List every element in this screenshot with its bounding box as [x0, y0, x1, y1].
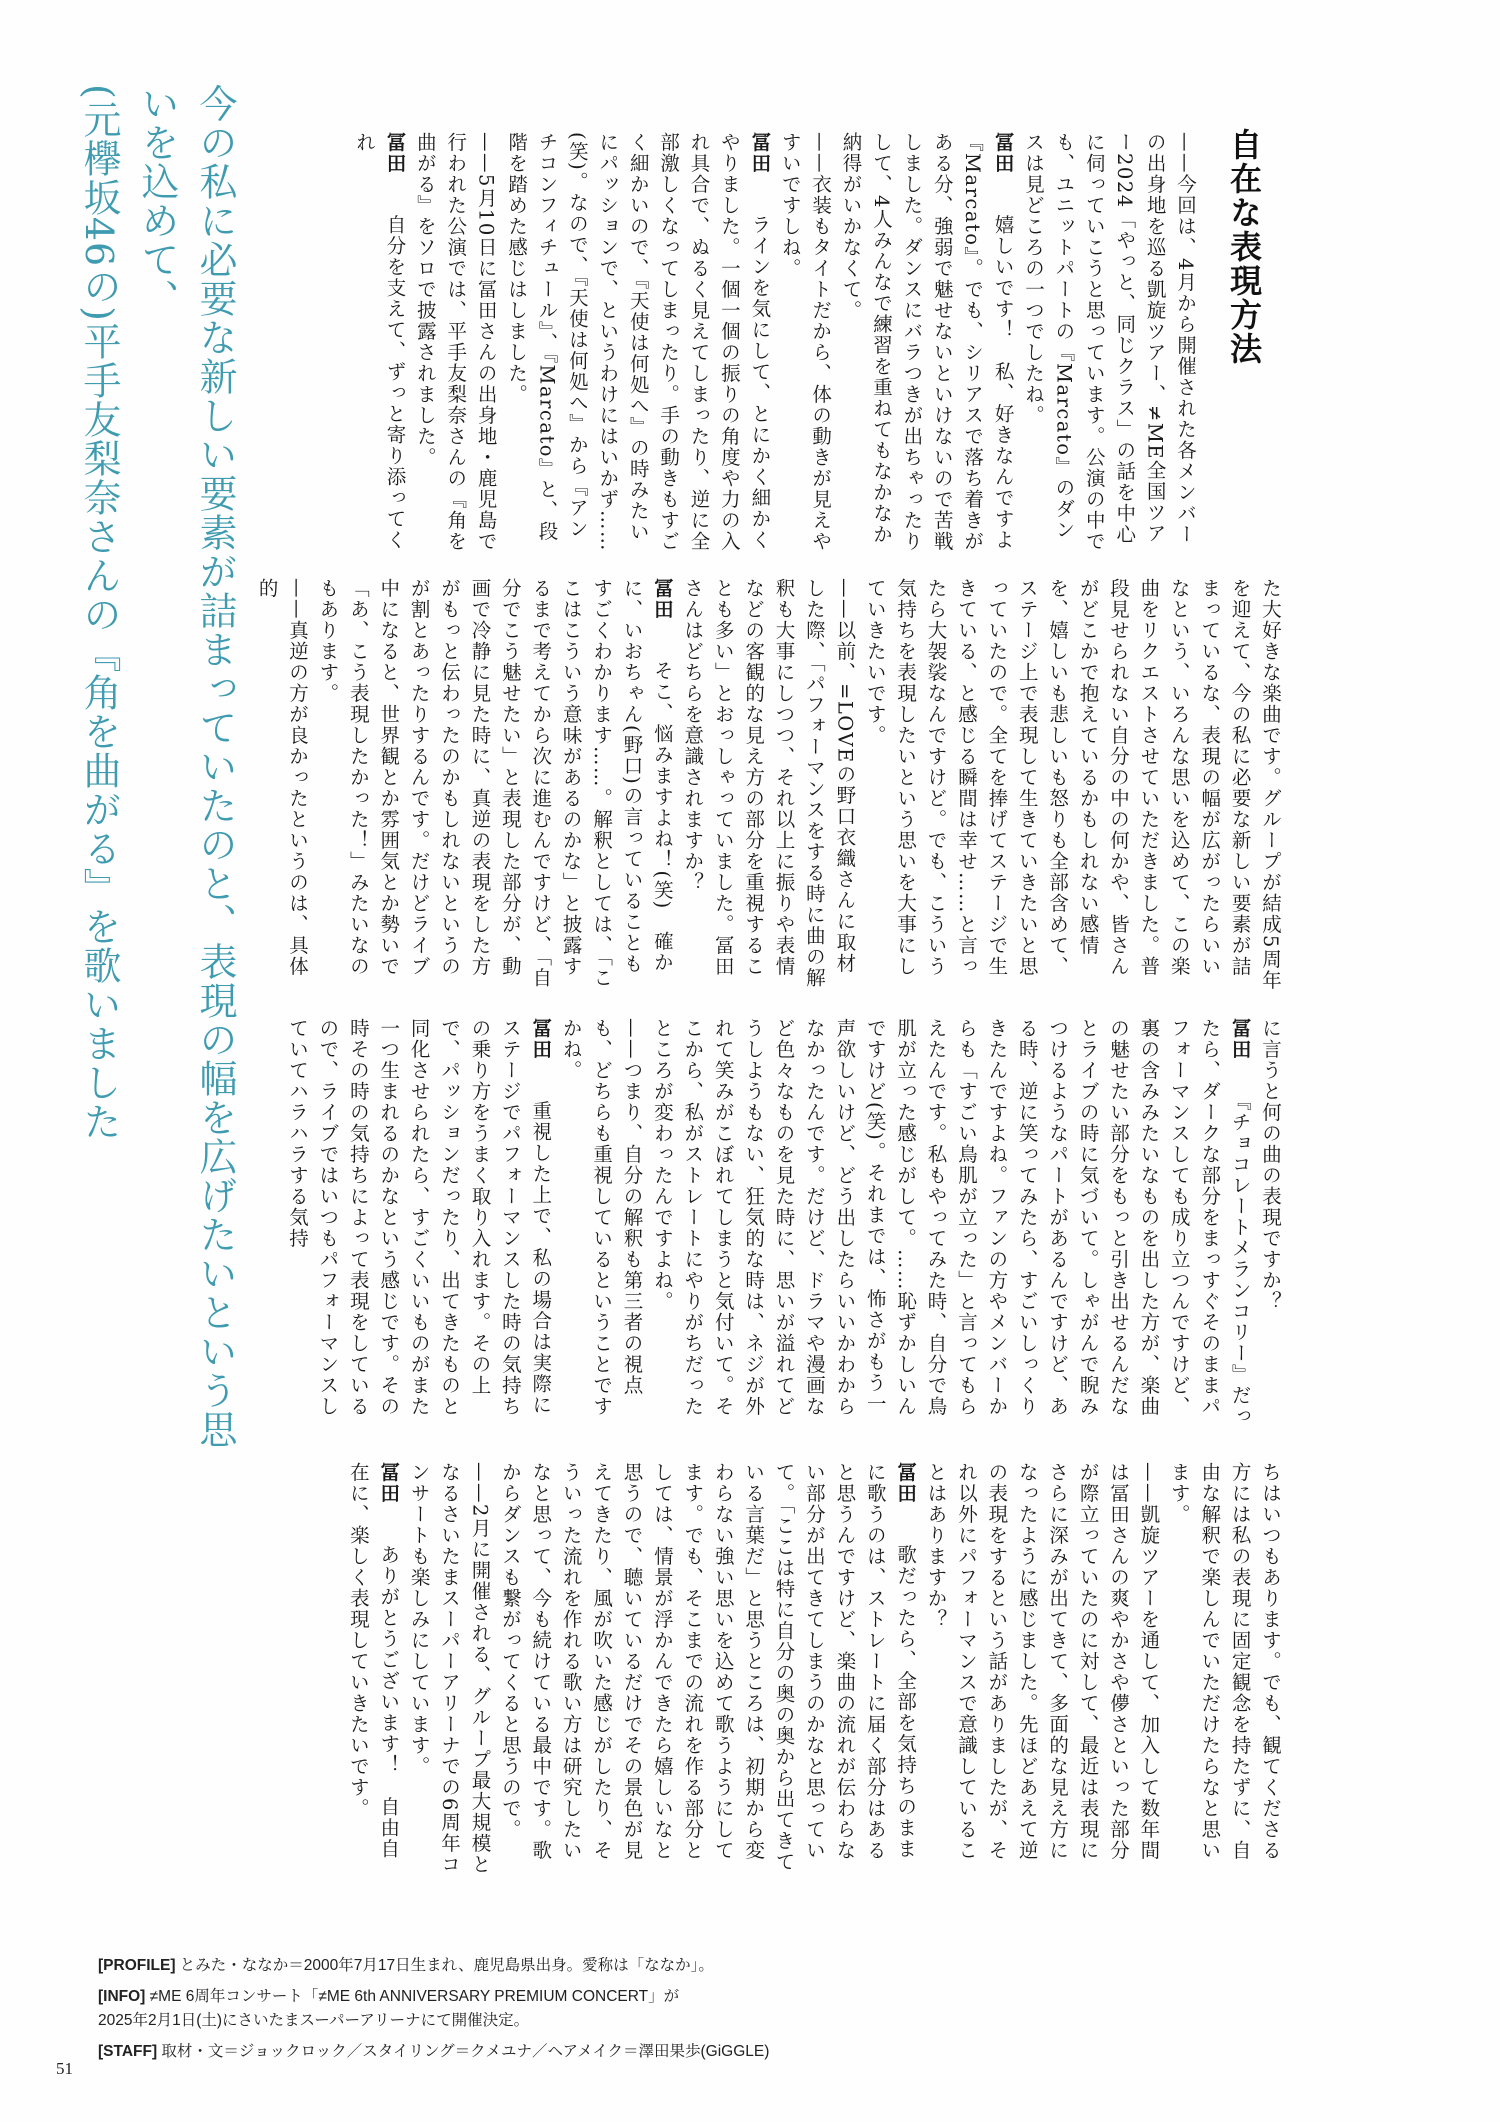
continuation: に言うと何の曲の表現ですか？: [1255, 1018, 1285, 1433]
info-text-2: 2025年2月1日(土)にさいたまスーパーアリーナにて開催決定。: [98, 2012, 529, 2029]
answer-text: 重視した上で、私の場合は実際にステージでパフォーマンスした時の気持ちの乗り方をう…: [286, 1018, 552, 1417]
speaker-label: 冨田: [651, 578, 674, 620]
question: ——今回は、4月から開催された各メンバーの出身地を巡る凱旋ツアー、≠ME全国ツア…: [1018, 132, 1200, 552]
answer: 冨田 そこ、悩みますよね！(笑) 確かに、いおちゃん(野口)の言っていることもす…: [312, 578, 677, 993]
answer-text: 歌だったら、全部を気持ちのままに歌うのは、ストレートに届く部分はあると思うんです…: [499, 1462, 917, 1872]
answer: 冨田 嬉しいです！ 私、好きなんですよ『Marcato』。でも、シリアスで落ち着…: [835, 132, 1017, 552]
speaker-label: 冨田: [529, 1018, 552, 1060]
speaker-label: 冨田: [383, 132, 406, 174]
speaker-label: 冨田: [992, 132, 1015, 174]
continuation: ちはいつもあります。でも、観てくださる方には私の表現に固定観念を持たずに、自由な…: [1163, 1462, 1285, 1877]
speaker-label: 冨田: [1229, 1018, 1252, 1060]
info-credit: [INFO] ≠ME 6周年コンサート「≠ME 6th ANNIVERSARY …: [98, 1986, 858, 2008]
answer: 冨田 ラインを気にして、とにかく細かくやりました。一個一個の振りの角度や力の入れ…: [501, 132, 775, 552]
profile-credit: [PROFILE] とみた・ななか＝2000年7月17日生まれ、鹿児島県出身。愛…: [98, 1955, 858, 1977]
section-heading: 自在な表現方法: [1228, 128, 1260, 366]
profile-text: とみた・ななか＝2000年7月17日生まれ、鹿児島県出身。愛称は「ななか」。: [176, 1957, 714, 1974]
info-text-1: ≠ME 6周年コンサート「≠ME 6th ANNIVERSARY PREMIUM…: [145, 1988, 679, 2005]
answer: 冨田 ありがとうございます！ 自由自在に、楽しく表現していきたいです。: [342, 1462, 403, 1877]
answer: 冨田 歌だったら、全部を気持ちのままに歌うのは、ストレートに届く部分はあると思う…: [494, 1462, 920, 1877]
answer-text: 嬉しいです！ 私、好きなんですよ『Marcato』。でも、シリアスで落ち着きがあ…: [840, 132, 1015, 552]
question: ——以前、=LOVEの野口衣織さんに取材した際、「パフォーマンスをする時に曲の解…: [677, 578, 859, 993]
staff-credit: [STAFF] 取材・文＝ジョックロック／スタイリング＝クメユナ／ヘアメイク＝澤…: [98, 2041, 858, 2063]
text-tier-1: ——今回は、4月から開催された各メンバーの出身地を巡る凱旋ツアー、≠ME全国ツア…: [150, 132, 1200, 552]
answer-text: そこ、悩みますよね！(笑) 確かに、いおちゃん(野口)の言っていることもすごくわ…: [316, 578, 673, 988]
text-tier-3: に言うと何の曲の表現ですか？ 冨田 『チョコレートメランコリー』だったら、ダーク…: [200, 1018, 1285, 1433]
answer-text: ありがとうございます！ 自由自在に、楽しく表現していきたいです。: [347, 1462, 400, 1860]
answer-text: 自分を支えて、ずっと寄り添ってくれ: [353, 132, 406, 551]
speaker-label: 冨田: [894, 1462, 917, 1504]
question: ——5月10日に冨田さんの出身地・鹿児島で行われた公演では、平手友梨奈さんの『角…: [409, 132, 500, 552]
staff-text: 取材・文＝ジョックロック／スタイリング＝クメユナ／ヘアメイク＝澤田果歩(GiGG…: [157, 2043, 769, 2060]
question: ——2月に開催される、グループ最大規模となるさいたまスーパーアリーナでの6周年コ…: [403, 1462, 494, 1877]
speaker-label: 冨田: [748, 132, 771, 174]
info-tag: [INFO]: [98, 1988, 145, 2005]
answer: 冨田 『チョコレートメランコリー』だったら、ダークな部分をまっすぐそのままパフォ…: [646, 1018, 1254, 1433]
page-number: 51: [56, 2059, 73, 2079]
answer-text: ラインを気にして、とにかく細かくやりました。一個一個の振りの角度や力の入れ具合で…: [505, 132, 771, 552]
answer: 冨田 重視した上で、私の場合は実際にステージでパフォーマンスした時の気持ちの乗り…: [282, 1018, 556, 1433]
magazine-page: 今の私に必要な新しい要素が詰まっていたのと、表現の幅を広げたいという思いを込めて…: [0, 0, 1500, 2122]
continuation: た大好きな楽曲です。グループが結成5周年を迎えて、今の私に必要な新しい要素が詰ま…: [859, 578, 1285, 993]
credits-footer: [PROFILE] とみた・ななか＝2000年7月17日生まれ、鹿児島県出身。愛…: [98, 1955, 858, 2072]
question: ——つまり、自分の解釈も第三者の視点も、どちらも重視しているということですかね。: [555, 1018, 646, 1433]
question: ——凱旋ツアーを通して、加入して数年間は冨田さんの爽やかさや儚さといった部分が際…: [920, 1462, 1163, 1877]
text-tier-2: た大好きな楽曲です。グループが結成5周年を迎えて、今の私に必要な新しい要素が詰ま…: [200, 578, 1285, 993]
staff-tag: [STAFF]: [98, 2043, 157, 2060]
text-tier-4: ちはいつもあります。でも、観てくださる方には私の表現に固定観念を持たずに、自由な…: [200, 1462, 1285, 1877]
answer: 冨田 自分を支えて、ずっと寄り添ってくれ: [349, 132, 410, 552]
answer-text: 『チョコレートメランコリー』だったら、ダークな部分をまっすぐそのままパフォーマン…: [651, 1018, 1252, 1427]
info-credit-cont: 2025年2月1日(土)にさいたまスーパーアリーナにて開催決定。: [98, 2010, 858, 2032]
question: ——真逆の方が良かったというのは、具体的: [251, 578, 312, 993]
question: ——衣装もタイトだから、体の動きが見えやすいですしね。: [774, 132, 835, 552]
speaker-label: 冨田: [377, 1462, 400, 1504]
profile-tag: [PROFILE]: [98, 1957, 176, 1974]
pull-quote-line-2: (元欅坂46の)平手友梨奈さんの『角を曲がる』を歌いました: [70, 84, 128, 1484]
